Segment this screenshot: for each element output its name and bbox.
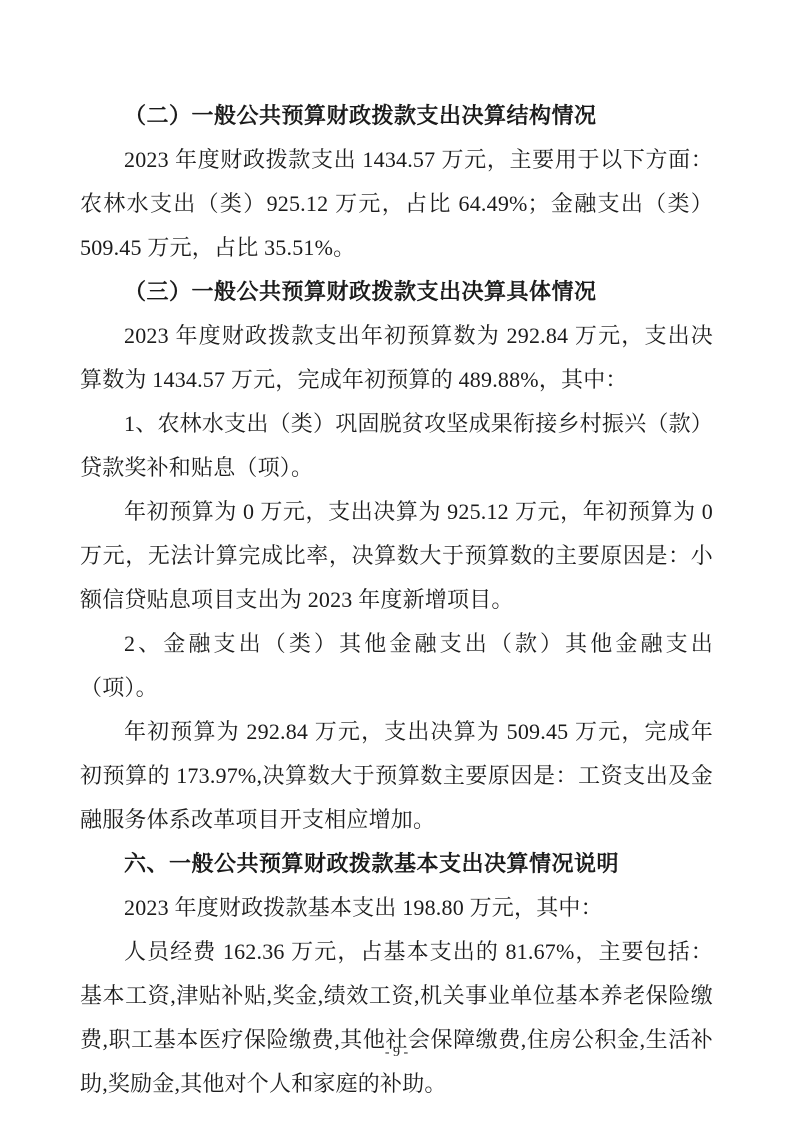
- section-heading-basic-expenditure: 六、一般公共预算财政拨款基本支出决算情况说明: [80, 842, 713, 886]
- paragraph-item-1-detail: 年初预算为 0 万元，支出决算为 925.12 万元，年初预算为 0 万元，无法…: [80, 490, 713, 622]
- document-body: （二）一般公共预算财政拨款支出决算结构情况 2023 年度财政拨款支出 1434…: [0, 0, 793, 1106]
- paragraph-expenditure-structure: 2023 年度财政拨款支出 1434.57 万元，主要用于以下方面：农林水支出（…: [80, 138, 713, 270]
- paragraph-item-2-finance: 2、金融支出（类）其他金融支出（款）其他金融支出（项）。: [80, 622, 713, 710]
- page-number: - 9 -: [0, 1046, 793, 1060]
- section-heading-expenditure-structure: （二）一般公共预算财政拨款支出决算结构情况: [80, 94, 713, 138]
- paragraph-basic-expenditure-total: 2023 年度财政拨款基本支出 198.80 万元，其中：: [80, 886, 713, 930]
- paragraph-item-1-agriculture: 1、农林水支出（类）巩固脱贫攻坚成果衔接乡村振兴（款）贷款奖补和贴息（项）。: [80, 402, 713, 490]
- paragraph-budget-vs-final: 2023 年度财政拨款支出年初预算数为 292.84 万元，支出决算数为 143…: [80, 314, 713, 402]
- paragraph-item-2-detail: 年初预算为 292.84 万元，支出决算为 509.45 万元，完成年初预算的 …: [80, 710, 713, 842]
- document-page: （二）一般公共预算财政拨款支出决算结构情况 2023 年度财政拨款支出 1434…: [0, 0, 793, 1122]
- section-heading-expenditure-detail: （三）一般公共预算财政拨款支出决算具体情况: [80, 270, 713, 314]
- paragraph-personnel-expenses: 人员经费 162.36 万元，占基本支出的 81.67%，主要包括：基本工资,津…: [80, 930, 713, 1106]
